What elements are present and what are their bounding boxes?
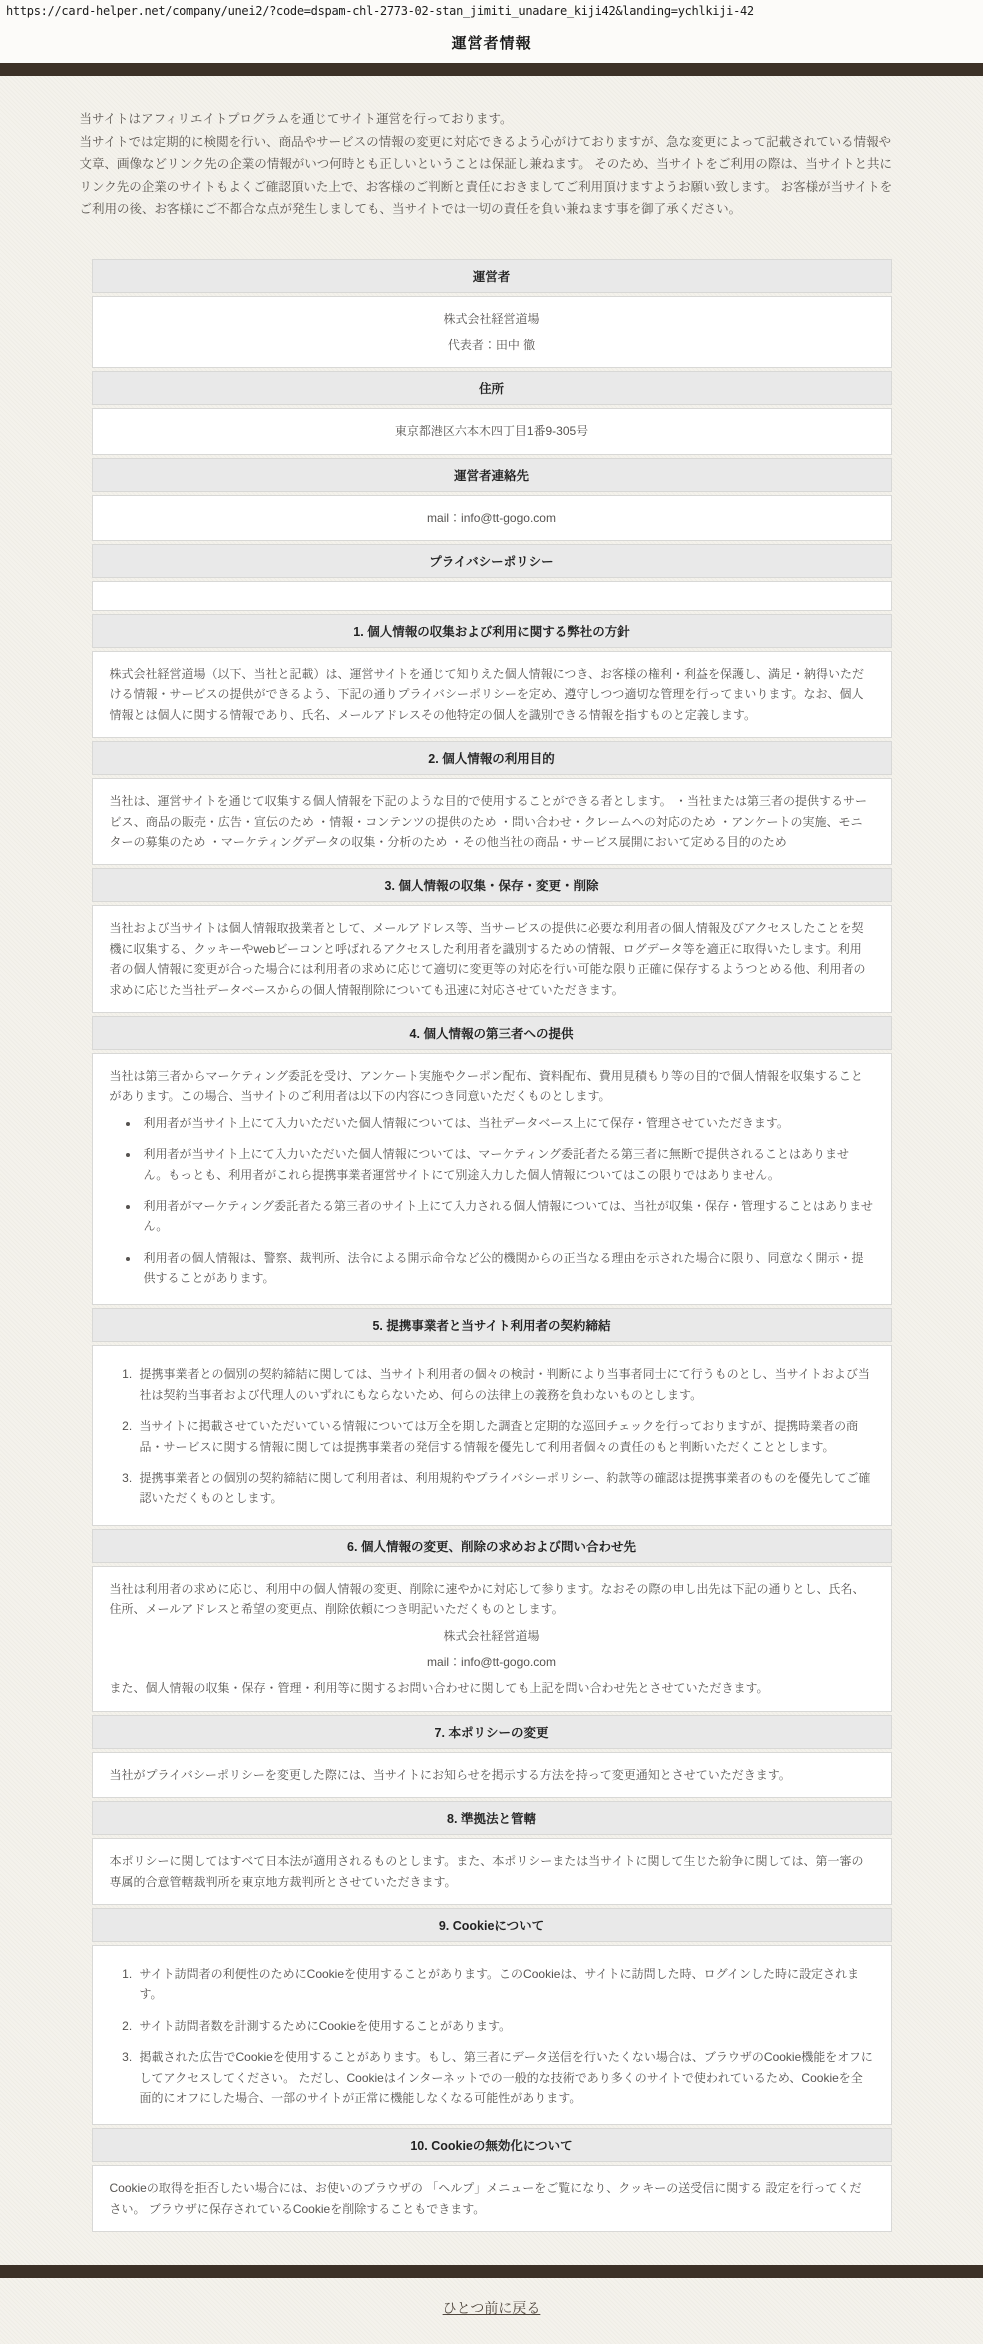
table-section-body — [92, 581, 892, 611]
section-centered-line: mail：info@tt-gogo.com — [110, 508, 874, 528]
list-item: 当サイトに掲載させていただいている情報については万全を期した調査と定期的な巡回チ… — [136, 1416, 874, 1457]
section-paragraph: 当社がプライバシーポリシーを変更した際には、当サイトにお知らせを掲示する方法を持… — [110, 1765, 874, 1785]
list-item: 利用者が当サイト上にて入力いただいた個人情報については、当社データベース上にて保… — [140, 1113, 874, 1133]
section-centered-line: 東京都港区六本木四丁目1番9-305号 — [110, 421, 874, 441]
table-section-body: サイト訪問者の利便性のためにCookieを使用することがあります。このCooki… — [92, 1945, 892, 2125]
section-centered-line: 株式会社経営道場 — [110, 309, 874, 329]
url-bar[interactable]: https://card-helper.net/company/unei2/?c… — [6, 4, 977, 18]
section-centered-line: 代表者：田中 徹 — [110, 335, 874, 355]
list-item: 掲載された広告でCookieを使用することがあります。もし、第三者にデータ送信を… — [136, 2047, 874, 2108]
numbered-list: サイト訪問者の利便性のためにCookieを使用することがあります。このCooki… — [110, 1964, 874, 2108]
table-section-header: 6. 個人情報の変更、削除の求めおよび問い合わせ先 — [92, 1529, 892, 1563]
footer-divider-bar — [0, 2265, 983, 2278]
table-section-body: 当社がプライバシーポリシーを変更した際には、当サイトにお知らせを掲示する方法を持… — [92, 1752, 892, 1798]
table-section-body: 株式会社経営道場代表者：田中 徹 — [92, 296, 892, 369]
intro-paragraph: 当サイトはアフィリエイトプログラムを通じてサイト運営を行っております。 — [80, 108, 904, 131]
bullet-list: 利用者が当サイト上にて入力いただいた個人情報については、当社データベース上にて保… — [110, 1113, 874, 1289]
table-section-body: 提携事業者との個別の契約締結に関しては、当サイト利用者の個々の検討・判断により当… — [92, 1345, 892, 1525]
section-centered-line: mail：info@tt-gogo.com — [110, 1652, 874, 1672]
table-section-body: 当社および当サイトは個人情報取扱業者として、メールアドレス等、当サービスの提供に… — [92, 905, 892, 1013]
table-section-header: 運営者連絡先 — [92, 458, 892, 492]
page-title: 運営者情報 — [6, 32, 977, 53]
main-content: 当サイトはアフィリエイトプログラムを通じてサイト運営を行っております。 当サイト… — [0, 76, 983, 2265]
table-section-header: 運営者 — [92, 259, 892, 293]
table-section-body: Cookieの取得を拒否したい場合には、お使いのブラウザの 「ヘルプ」メニューを… — [92, 2165, 892, 2232]
section-paragraph: 当社は第三者からマーケティング委託を受け、アンケート実施やクーポン配布、資料配布… — [110, 1066, 874, 1107]
header-divider-bar — [0, 63, 983, 76]
top-band: https://card-helper.net/company/unei2/?c… — [0, 0, 983, 63]
list-item: 提携事業者との個別の契約締結に関しては、当サイト利用者の個々の検討・判断により当… — [136, 1364, 874, 1405]
intro-text: 当サイトはアフィリエイトプログラムを通じてサイト運営を行っております。 当サイト… — [80, 108, 904, 221]
table-section-body: 本ポリシーに関してはすべて日本法が適用されるものとします。また、本ポリシーまたは… — [92, 1838, 892, 1905]
section-paragraph: 当社は利用者の求めに応じ、利用中の個人情報の変更、削除に速やかに対応して参ります… — [110, 1579, 874, 1620]
table-section-header: 2. 個人情報の利用目的 — [92, 741, 892, 775]
section-centered-line: 株式会社経営道場 — [110, 1626, 874, 1646]
table-section-header: プライバシーポリシー — [92, 544, 892, 578]
list-item: 利用者がマーケティング委託者たる第三者のサイト上にて入力される個人情報については… — [140, 1196, 874, 1237]
section-paragraph: 当社および当サイトは個人情報取扱業者として、メールアドレス等、当サービスの提供に… — [110, 918, 874, 1000]
section-paragraph: 当社は、運営サイトを通じて収集する個人情報を下記のような目的で使用することができ… — [110, 791, 874, 852]
list-item: 提携事業者との個別の契約締結に関して利用者は、利用規約やプライバシーポリシー、約… — [136, 1468, 874, 1509]
list-item: 利用者が当サイト上にて入力いただいた個人情報については、マーケティング委託者たる… — [140, 1144, 874, 1185]
table-section-header: 1. 個人情報の収集および利用に関する弊社の方針 — [92, 614, 892, 648]
table-section-body: 株式会社経営道場（以下、当社と記載）は、運営サイトを通じて知りえた個人情報につき… — [92, 651, 892, 738]
table-section-header: 7. 本ポリシーの変更 — [92, 1715, 892, 1749]
list-item: サイト訪問者数を計測するためにCookieを使用することがあります。 — [136, 2016, 874, 2036]
info-table: 運営者株式会社経営道場代表者：田中 徹住所東京都港区六本木四丁目1番9-305号… — [92, 259, 892, 2233]
numbered-list: 提携事業者との個別の契約締結に関しては、当サイト利用者の個々の検討・判断により当… — [110, 1364, 874, 1508]
section-paragraph: 本ポリシーに関してはすべて日本法が適用されるものとします。また、本ポリシーまたは… — [110, 1851, 874, 1892]
list-item: サイト訪問者の利便性のためにCookieを使用することがあります。このCooki… — [136, 1964, 874, 2005]
section-paragraph: Cookieの取得を拒否したい場合には、お使いのブラウザの 「ヘルプ」メニューを… — [110, 2178, 874, 2219]
list-item: 利用者の個人情報は、警察、裁判所、法令による開示命令など公的機関からの正当なる理… — [140, 1248, 874, 1289]
intro-paragraph: 当サイトでは定期的に検閲を行い、商品やサービスの情報の変更に対応できるよう心がけ… — [80, 131, 904, 221]
table-section-header: 9. Cookieについて — [92, 1908, 892, 1942]
table-section-body: 東京都港区六本木四丁目1番9-305号 — [92, 408, 892, 454]
table-section-body: 当社は、運営サイトを通じて収集する個人情報を下記のような目的で使用することができ… — [92, 778, 892, 865]
table-section-header: 3. 個人情報の収集・保存・変更・削除 — [92, 868, 892, 902]
table-section-body: 当社は第三者からマーケティング委託を受け、アンケート実施やクーポン配布、資料配布… — [92, 1053, 892, 1306]
browser-page: https://card-helper.net/company/unei2/?c… — [0, 0, 983, 2344]
table-section-header: 5. 提携事業者と当サイト利用者の契約締結 — [92, 1308, 892, 1342]
table-section-header: 住所 — [92, 371, 892, 405]
section-paragraph: また、個人情報の収集・保存・管理・利用等に関するお問い合わせに関しても上記を問い… — [110, 1678, 874, 1698]
section-paragraph: 株式会社経営道場（以下、当社と記載）は、運営サイトを通じて知りえた個人情報につき… — [110, 664, 874, 725]
table-section-header: 4. 個人情報の第三者への提供 — [92, 1016, 892, 1050]
back-link[interactable]: ひとつ前に戻る — [443, 2300, 541, 2316]
table-section-body: mail：info@tt-gogo.com — [92, 495, 892, 541]
footer: ひとつ前に戻る — [0, 2278, 983, 2344]
table-section-body: 当社は利用者の求めに応じ、利用中の個人情報の変更、削除に速やかに対応して参ります… — [92, 1566, 892, 1712]
table-section-header: 8. 準拠法と管轄 — [92, 1801, 892, 1835]
table-section-header: 10. Cookieの無効化について — [92, 2128, 892, 2162]
